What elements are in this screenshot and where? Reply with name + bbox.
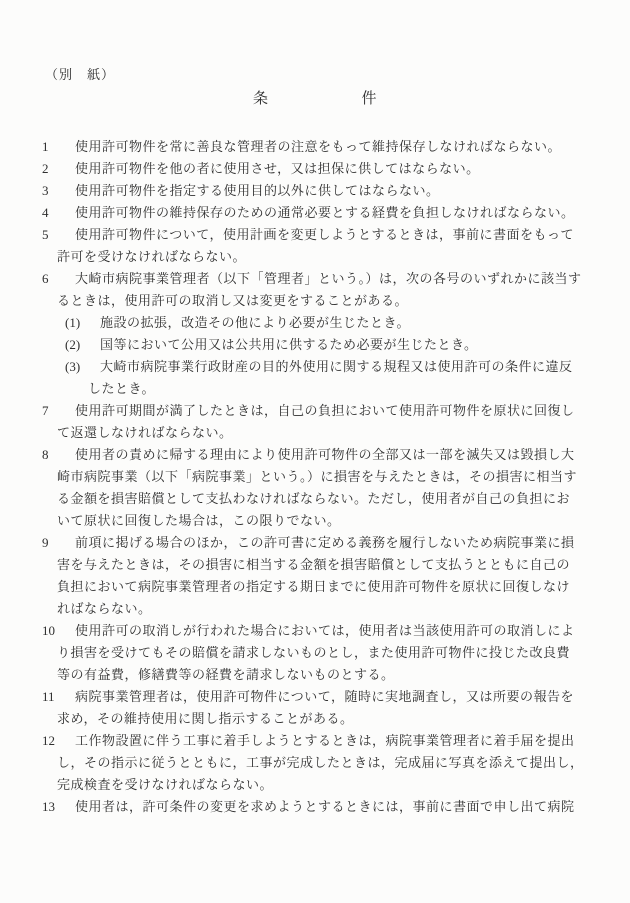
condition-text: 使用者の責めに帰する理由により使用許可物件の全部又は一部を滅失又は毀損し大 — [75, 447, 575, 462]
condition-number: (2) — [65, 334, 100, 356]
condition-line: したとき。 — [0, 378, 630, 400]
condition-text: 大崎市病院事業行政財産の目的外使用に関する規程又は使用許可の条件に違反 — [100, 359, 573, 374]
condition-number: 13 — [42, 796, 75, 818]
condition-number: 3 — [42, 180, 75, 202]
condition-text: 前項に掲げる場合のほか，この許可書に定める義務を履行しないため病院事業に損 — [75, 535, 575, 550]
condition-text: 負担において病院事業管理者の指定する期日までに使用許可物件を原状に回復しなけ — [57, 579, 570, 594]
condition-number: 10 — [42, 620, 75, 642]
condition-line: 10使用許可の取消しが行われた場合においては，使用者は当該使用許可の取消しによ — [0, 620, 630, 642]
conditions-list: 1使用許可物件を常に善良な管理者の注意をもって維持保存しなければならない。2使用… — [0, 136, 630, 818]
condition-text: 崎市病院事業（以下「病院事業」という。）に損害を与えたときは，その損害に相当す — [57, 469, 577, 484]
condition-line: 13使用者は，許可条件の変更を求めようとするときには，事前に書面で申し出て病院 — [0, 796, 630, 818]
condition-number: (3) — [65, 356, 100, 378]
condition-line: 3使用許可物件を指定する使用目的以外に供してはならない。 — [0, 180, 630, 202]
condition-number: 12 — [42, 730, 75, 752]
condition-number: 2 — [42, 158, 75, 180]
condition-line: 求め，その維持使用に関し指示することがある。 — [0, 708, 630, 730]
condition-text: し，その指示に従うとともに，工事が完成したときは，完成届に写真を添えて提出し， — [57, 755, 584, 770]
condition-text: り損害を受けてもその賠償を請求しないものとし，また使用許可物件に投じた改良費 — [57, 645, 570, 660]
condition-text: 国等において公用又は公共用に供するため必要が生じたとき。 — [100, 337, 477, 352]
condition-text: 大崎市病院事業管理者（以下「管理者」という。）は，次の各号のいずれかに該当す — [75, 271, 582, 286]
condition-line: る金額を損害賠償として支払わなければならない。ただし，使用者が自己の負担にお — [0, 488, 630, 510]
condition-text: 工作物設置に伴う工事に着手しようとするときは，病院事業管理者に着手届を提出 — [75, 733, 575, 748]
condition-number: 4 — [42, 202, 75, 224]
condition-text: いて原状に回復した場合は，この限りでない。 — [57, 513, 341, 528]
condition-line: 11病院事業管理者は，使用許可物件について，随時に実地調査し，又は所要の報告を — [0, 686, 630, 708]
condition-text: 使用許可物件について，使用計画を変更しようとするときは，事前に書面をもって — [75, 227, 574, 242]
condition-line: るときは，使用許可の取消し又は変更をすることがある。 — [0, 290, 630, 312]
condition-text: したとき。 — [88, 381, 155, 396]
condition-number: 11 — [42, 686, 75, 708]
condition-text: 使用許可物件を指定する使用目的以外に供してはならない。 — [75, 183, 440, 198]
condition-line: 完成検査を受けなければならない。 — [0, 774, 630, 796]
condition-text: ればならない。 — [57, 601, 152, 616]
condition-text: 使用許可物件の維持保存のための通常必要とする経費を負担しなければならない。 — [75, 205, 575, 220]
condition-line: いて原状に回復した場合は，この限りでない。 — [0, 510, 630, 532]
condition-line: 等の有益費，修繕費等の経費を請求しないものとする。 — [0, 664, 630, 686]
condition-line: 崎市病院事業（以下「病院事業」という。）に損害を与えたときは，その損害に相当す — [0, 466, 630, 488]
condition-line: し，その指示に従うとともに，工事が完成したときは，完成届に写真を添えて提出し， — [0, 752, 630, 774]
condition-number: 7 — [42, 400, 75, 422]
condition-text: 許可を受けなければならない。 — [57, 249, 246, 264]
condition-line: 負担において病院事業管理者の指定する期日までに使用許可物件を原状に回復しなけ — [0, 576, 630, 598]
condition-line: 6大崎市病院事業管理者（以下「管理者」という。）は，次の各号のいずれかに該当す — [0, 268, 630, 290]
condition-number: 8 — [42, 444, 75, 466]
condition-line: (3)大崎市病院事業行政財産の目的外使用に関する規程又は使用許可の条件に違反 — [0, 356, 630, 378]
condition-text: て返還しなければならない。 — [57, 425, 233, 440]
condition-line: て返還しなければならない。 — [0, 422, 630, 444]
condition-text: 使用許可の取消しが行われた場合においては，使用者は当該使用許可の取消しによ — [75, 623, 575, 638]
condition-line: (1)施設の拡張，改造その他により必要が生じたとき。 — [0, 312, 630, 334]
condition-line: (2)国等において公用又は公共用に供するため必要が生じたとき。 — [0, 334, 630, 356]
condition-line: 害を与えたときは，その損害に相当する金額を損害賠償として支払うとともに自己の — [0, 554, 630, 576]
condition-number: 1 — [42, 136, 75, 158]
condition-text: るときは，使用許可の取消し又は変更をすることがある。 — [57, 293, 408, 308]
condition-line: 4使用許可物件の維持保存のための通常必要とする経費を負担しなければならない。 — [0, 202, 630, 224]
condition-text: 害を与えたときは，その損害に相当する金額を損害賠償として支払うとともに自己の — [57, 557, 570, 572]
condition-text: 使用許可期間が満了したときは，自己の負担において使用許可物件を原状に回復し — [75, 403, 575, 418]
condition-text: 使用許可物件を常に善良な管理者の注意をもって維持保存しなければならない。 — [75, 139, 561, 154]
condition-text: 完成検査を受けなければならない。 — [57, 777, 273, 792]
condition-line: 5使用許可物件について，使用計画を変更しようとするときは，事前に書面をもって — [0, 224, 630, 246]
condition-line: 1使用許可物件を常に善良な管理者の注意をもって維持保存しなければならない。 — [0, 136, 630, 158]
condition-line: 8使用者の責めに帰する理由により使用許可物件の全部又は一部を滅失又は毀損し大 — [0, 444, 630, 466]
condition-text: る金額を損害賠償として支払わなければならない。ただし，使用者が自己の負担にお — [57, 491, 570, 506]
page-title: 条 件 — [0, 88, 630, 112]
condition-line: 12工作物設置に伴う工事に着手しようとするときは，病院事業管理者に着手届を提出 — [0, 730, 630, 752]
condition-text: 使用許可物件を他の者に使用させ，又は担保に供してはならない。 — [75, 161, 480, 176]
condition-line: 9前項に掲げる場合のほか，この許可書に定める義務を履行しないため病院事業に損 — [0, 532, 630, 554]
condition-line: り損害を受けてもその賠償を請求しないものとし，また使用許可物件に投じた改良費 — [0, 642, 630, 664]
condition-number: 5 — [42, 224, 75, 246]
document-page: （別 紙） 条 件 1使用許可物件を常に善良な管理者の注意をもって維持保存しなけ… — [0, 0, 630, 903]
condition-text: 等の有益費，修繕費等の経費を請求しないものとする。 — [57, 667, 395, 682]
condition-line: 2使用許可物件を他の者に使用させ，又は担保に供してはならない。 — [0, 158, 630, 180]
condition-line: ればならない。 — [0, 598, 630, 620]
condition-text: 施設の拡張，改造その他により必要が生じたとき。 — [100, 315, 410, 330]
condition-text: 病院事業管理者は，使用許可物件について，随時に実地調査し，又は所要の報告を — [75, 689, 574, 704]
condition-number: 6 — [42, 268, 75, 290]
condition-line: 許可を受けなければならない。 — [0, 246, 630, 268]
condition-number: (1) — [65, 312, 100, 334]
condition-text: 求め，その維持使用に関し指示することがある。 — [57, 711, 353, 726]
condition-number: 9 — [42, 532, 75, 554]
condition-text: 使用者は，許可条件の変更を求めようとするときには，事前に書面で申し出て病院 — [75, 799, 575, 814]
condition-line: 7使用許可期間が満了したときは，自己の負担において使用許可物件を原状に回復し — [0, 400, 630, 422]
attachment-label: （別 紙） — [45, 64, 630, 86]
